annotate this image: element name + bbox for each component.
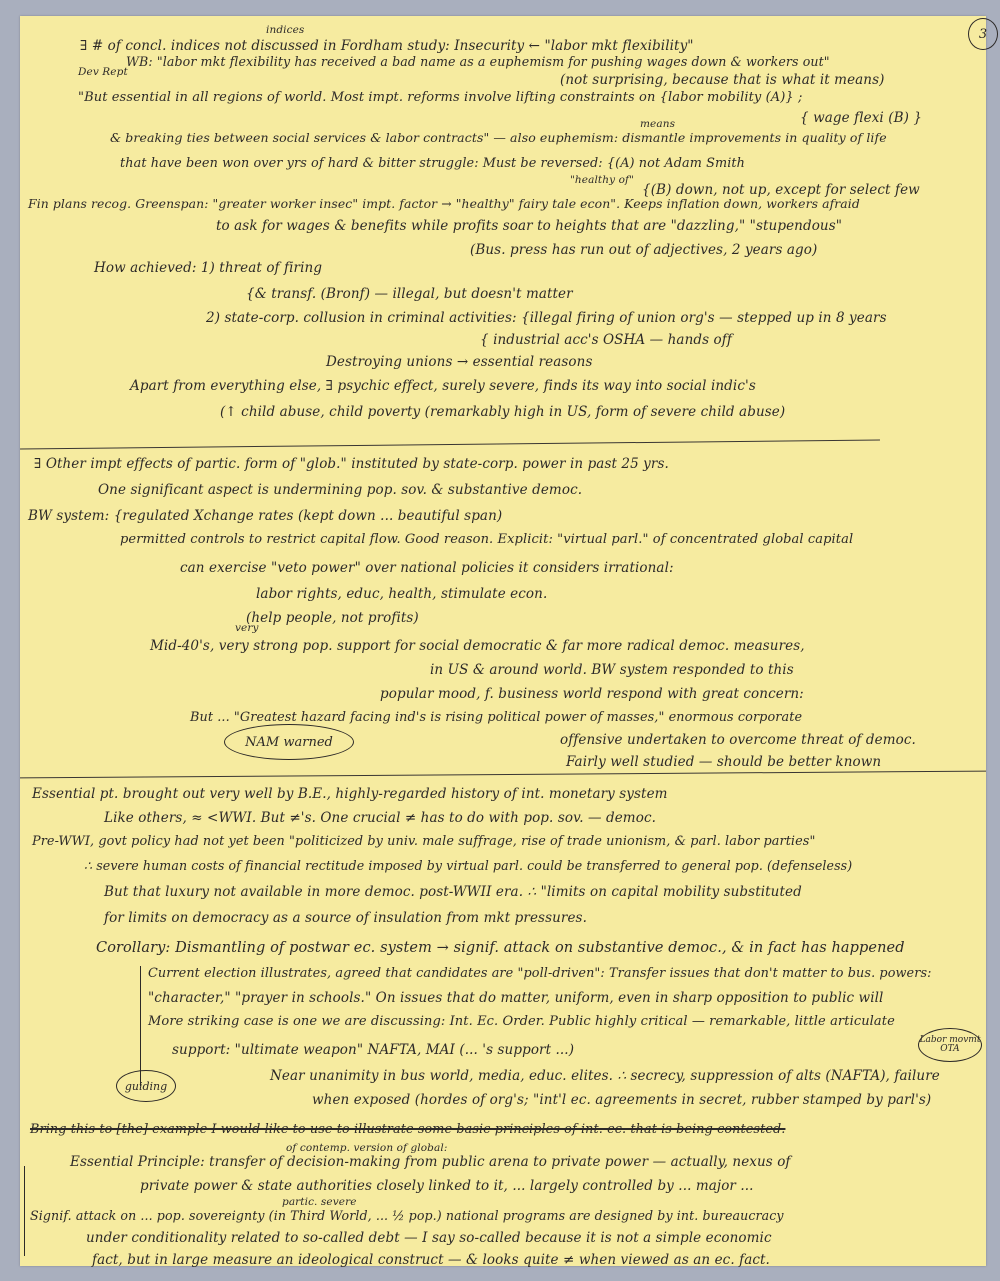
text-line: More striking case is one we are discuss… bbox=[148, 1014, 895, 1029]
text-line: can exercise "veto power" over national … bbox=[180, 560, 674, 576]
text-line: "character," "prayer in schools." On iss… bbox=[148, 990, 883, 1006]
text-line: WB: "labor mkt flexibility has received … bbox=[126, 54, 830, 69]
text-line: Current election illustrates, agreed tha… bbox=[148, 966, 932, 981]
text-line: One significant aspect is undermining po… bbox=[98, 482, 582, 498]
text-line: Essential Principle: transfer of decisio… bbox=[70, 1154, 791, 1170]
section-divider bbox=[20, 771, 986, 779]
text-line: Apart from everything else, ∃ psychic ef… bbox=[130, 378, 756, 394]
text-line: Fairly well studied — should be better k… bbox=[566, 754, 881, 770]
section-divider bbox=[20, 439, 880, 449]
text-line: (help people, not profits) bbox=[246, 610, 419, 626]
text-line: ∃ Other impt effects of partic. form of … bbox=[34, 456, 669, 472]
text-line: when exposed (hordes of org's; "int'l ec… bbox=[312, 1092, 931, 1108]
text-line: permitted controls to restrict capital f… bbox=[120, 532, 853, 547]
text-line: Signif. attack on ... pop. sovereignty (… bbox=[30, 1208, 784, 1223]
annotation-healthy: "healthy of" bbox=[570, 174, 634, 186]
text-line: (↑ child abuse, child poverty (remarkabl… bbox=[220, 404, 785, 420]
text-line: But that luxury not available in more de… bbox=[104, 884, 802, 900]
text-line: { wage flexi (B) } bbox=[800, 110, 922, 126]
struck-text-line: Bring this to [the] example I would like… bbox=[30, 1122, 785, 1137]
text-line: under conditionality related to so-calle… bbox=[86, 1230, 772, 1246]
text-line: Mid-40's, very strong pop. support for s… bbox=[150, 638, 805, 654]
text-line: to ask for wages & benefits while profit… bbox=[216, 218, 842, 234]
text-line: labor rights, educ, health, stimulate ec… bbox=[256, 586, 547, 602]
text-line: {& transf. (Bronf) — illegal, but doesn'… bbox=[246, 286, 573, 302]
text-line: Fin plans recog. Greenspan: "greater wor… bbox=[28, 196, 860, 211]
text-line: "But essential in all regions of world. … bbox=[78, 90, 803, 105]
text-line: { industrial acc's OSHA — hands off bbox=[480, 332, 732, 348]
annotation-means: means bbox=[640, 118, 675, 130]
page-number: 3 bbox=[968, 18, 998, 50]
annotation-indices: indices bbox=[266, 24, 304, 36]
circled-note-guiding: guiding bbox=[116, 1070, 176, 1102]
text-line: in US & around world. BW system responde… bbox=[430, 662, 794, 678]
annotation-partic-severe: partic. severe bbox=[282, 1196, 357, 1208]
circled-note-labor-ota: Labor movmt OTA bbox=[918, 1028, 982, 1062]
notepad-page: 3 indices ∃ # of concl. indices not disc… bbox=[20, 16, 986, 1266]
text-line: BW system: {regulated Xchange rates (kep… bbox=[28, 508, 502, 524]
annotation-very: very bbox=[235, 622, 259, 634]
text-line: Destroying unions → essential reasons bbox=[326, 354, 592, 370]
text-line: ∃ # of concl. indices not discussed in F… bbox=[80, 38, 694, 54]
text-line: ∴ severe human costs of financial rectit… bbox=[84, 858, 852, 873]
circled-note-nam-warned: NAM warned bbox=[224, 724, 354, 760]
text-line: support: "ultimate weapon" NAFTA, MAI (.… bbox=[172, 1042, 574, 1058]
text-line: How achieved: 1) threat of firing bbox=[94, 260, 322, 276]
annotation-contemp-version: of contemp. version of global: bbox=[286, 1142, 447, 1154]
annotation-dev-rept: Dev Rept bbox=[78, 66, 128, 78]
margin-bracket bbox=[140, 966, 141, 1086]
text-line: (not surprising, because that is what it… bbox=[560, 72, 885, 88]
text-line: Near unanimity in bus world, media, educ… bbox=[270, 1068, 940, 1084]
text-line: 2) state-corp. collusion in criminal act… bbox=[206, 310, 887, 326]
text-line: that have been won over yrs of hard & bi… bbox=[120, 156, 745, 171]
margin-bracket bbox=[24, 1166, 25, 1256]
text-line: offensive undertaken to overcome threat … bbox=[560, 732, 916, 748]
text-line: for limits on democracy as a source of i… bbox=[104, 910, 587, 926]
text-line: fact, but in large measure an ideologica… bbox=[92, 1252, 770, 1268]
text-line: Essential pt. brought out very well by B… bbox=[32, 786, 668, 802]
text-line: (Bus. press has run out of adjectives, 2… bbox=[470, 242, 817, 258]
text-line: private power & state authorities closel… bbox=[140, 1178, 754, 1194]
text-line: popular mood, f. business world respond … bbox=[380, 686, 804, 702]
text-line: Like others, ≈ <WWI. But ≠'s. One crucia… bbox=[104, 810, 656, 826]
text-line: But ... "Greatest hazard facing ind's is… bbox=[190, 710, 802, 725]
text-line-corollary: Corollary: Dismantling of postwar ec. sy… bbox=[96, 940, 905, 956]
text-line: & breaking ties between social services … bbox=[110, 130, 887, 145]
text-line: Pre-WWI, govt policy had not yet been "p… bbox=[32, 834, 815, 849]
